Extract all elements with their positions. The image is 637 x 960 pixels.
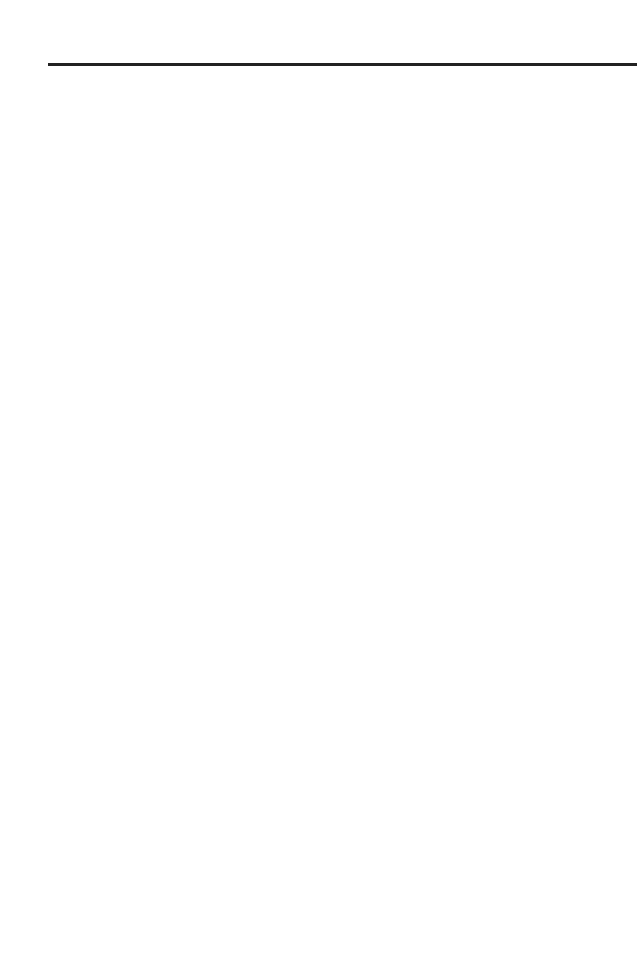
section-c-einfache-taxe-header <box>286 94 324 154</box>
section-c-fuer-fremde-posten-header <box>360 106 394 160</box>
section-b-einfache-taxe-header <box>52 94 90 154</box>
section-b-fuer-fremde-posten-header <box>126 104 158 158</box>
section-b-fuer-bayern-header <box>92 106 124 156</box>
top-rule <box>48 63 637 66</box>
section-c-fuer-bayern-header <box>326 108 358 158</box>
block1-c-progression <box>400 307 512 313</box>
